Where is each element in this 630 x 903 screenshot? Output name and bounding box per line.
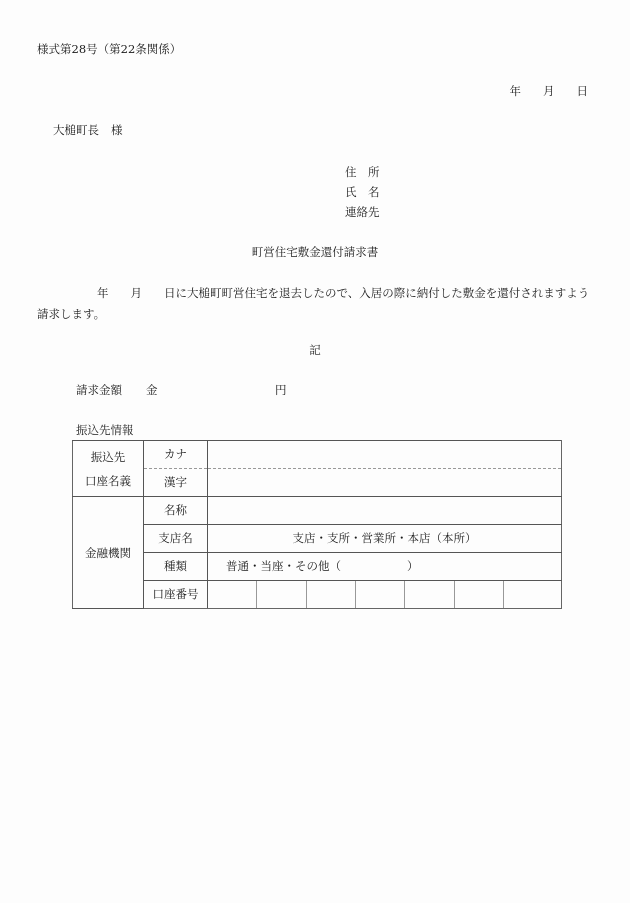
account-digit-3[interactable] [307,581,356,608]
kanji-label: 漢字 [144,469,208,497]
date-line: 年月日 [510,86,589,98]
form-number: 様式第28号（第22条関係） [37,44,181,56]
ki-marker: 記 [0,345,630,357]
addressee-name: 大槌町長 [53,123,99,137]
applicant-address-label: 住 所 [345,165,380,185]
body-year: 年 [97,286,109,300]
kana-label: カナ [144,441,208,469]
body-text: 日に大槌町町営住宅を退去したので、入居の際に納付した敷金を還付されますよう請求し… [37,286,589,321]
applicant-block: 住 所 氏 名 連絡先 [345,165,380,225]
account-digit-4[interactable] [356,581,405,608]
account-holder-line1: 振込先 [73,445,143,469]
body-month: 月 [131,286,143,300]
account-type-label: 種類 [144,553,208,581]
request-body: 年月日に大槌町町営住宅を退去したので、入居の際に納付した敷金を還付されますよう請… [37,283,592,325]
account-type-close-paren: ） [407,559,419,573]
amount-suffix: 円 [275,385,287,397]
financial-institution-group-label: 金融機関 [73,497,144,609]
transfer-heading: 振込先情報 [76,425,134,437]
kana-field[interactable] [208,441,562,469]
account-digit-1[interactable] [208,581,257,608]
account-digit-5[interactable] [405,581,454,608]
account-holder-group-label: 振込先 口座名義 [73,441,144,497]
addressee-honorific: 様 [111,123,123,137]
bank-transfer-table: 振込先 口座名義 カナ 漢字 金融機関 名称 支店名 支店・支所・営業所・本店（… [72,440,562,609]
account-digit-7[interactable] [504,581,561,608]
branch-options[interactable]: 支店・支所・営業所・本店（本所） [208,525,562,553]
document-title: 町営住宅敷金還付請求書 [0,247,630,259]
account-holder-line2: 口座名義 [73,469,143,493]
addressee: 大槌町長様 [53,125,123,137]
account-number-field [208,581,562,609]
date-year-label: 年 [510,86,522,98]
branch-label: 支店名 [144,525,208,553]
applicant-contact-label: 連絡先 [345,205,380,225]
applicant-name-label: 氏 名 [345,185,380,205]
amount-line: 請求金額 金 円 [76,385,122,397]
date-day-label: 日 [577,86,589,98]
amount-prefix: 金 [146,385,158,397]
account-type-options[interactable]: 普通・当座・その他（） [208,553,562,581]
bank-name-label: 名称 [144,497,208,525]
account-number-label: 口座番号 [144,581,208,609]
account-number-digits [208,581,561,608]
account-digit-2[interactable] [257,581,306,608]
kanji-field[interactable] [208,469,562,497]
date-month-label: 月 [543,86,555,98]
amount-label: 請求金額 [76,383,122,397]
bank-name-field[interactable] [208,497,562,525]
account-type-options-text: 普通・当座・その他（ [226,559,341,573]
account-digit-6[interactable] [455,581,504,608]
